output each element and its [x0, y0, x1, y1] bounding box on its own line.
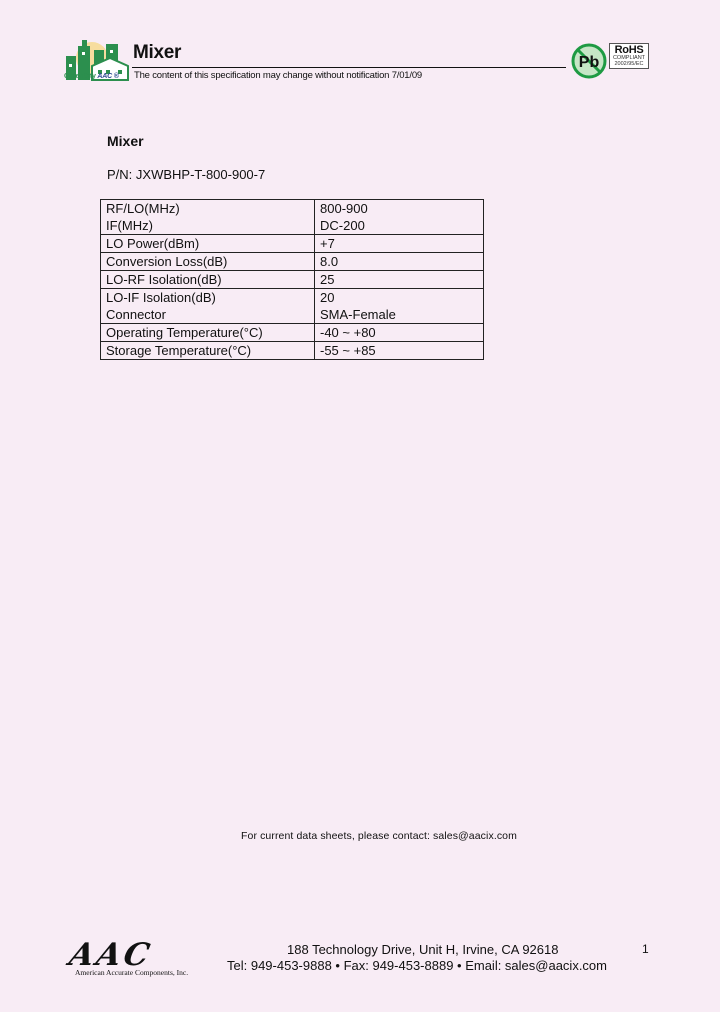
header-divider	[132, 67, 566, 68]
spec-value: 800-900	[320, 200, 478, 217]
spec-parameter-cell: LO-RF Isolation(dB)	[101, 271, 315, 289]
spec-value: 20	[320, 289, 478, 306]
table-row: LO-RF Isolation(dB)25	[101, 271, 484, 289]
logo-caption: GreenCity AAC ®	[64, 73, 119, 80]
change-notice: The content of this specification may ch…	[134, 70, 422, 81]
spec-parameter-cell: LO-IF Isolation(dB)Connector	[101, 289, 315, 324]
spec-value: +7	[320, 235, 478, 252]
spec-parameter-cell: Conversion Loss(dB)	[101, 253, 315, 271]
rohs-badge: RoHS COMPLIANT 2002/95/EC	[609, 43, 649, 69]
section-title: Mixer	[107, 133, 144, 149]
spec-parameter-cell: Storage Temperature(°C)	[101, 342, 315, 360]
spec-parameter: LO-IF Isolation(dB)	[106, 289, 309, 306]
table-row: Operating Temperature(°C)-40 ~ +80	[101, 324, 484, 342]
spec-parameter: Operating Temperature(°C)	[106, 324, 309, 341]
greencity-logo-icon	[62, 36, 132, 88]
spec-value-cell: -55 ~ +85	[315, 342, 484, 360]
company-name: American Accurate Components, Inc.	[75, 968, 188, 977]
part-number: P/N: JXWBHP-T-800-900-7	[107, 167, 265, 182]
spec-parameter-cell: RF/LO(MHz)IF(MHz)	[101, 200, 315, 235]
spec-parameter-cell: LO Power(dBm)	[101, 235, 315, 253]
spec-value: 25	[320, 271, 478, 288]
spec-value-cell: 25	[315, 271, 484, 289]
spec-value: DC-200	[320, 217, 478, 234]
spec-parameter: LO Power(dBm)	[106, 235, 309, 252]
spec-parameter: IF(MHz)	[106, 217, 309, 234]
spec-parameter: Storage Temperature(°C)	[106, 342, 309, 359]
spec-value: 8.0	[320, 253, 478, 270]
spec-table: RF/LO(MHz)IF(MHz)800-900DC-200LO Power(d…	[100, 199, 484, 360]
table-row: Conversion Loss(dB)8.0	[101, 253, 484, 271]
spec-value: -55 ~ +85	[320, 342, 478, 359]
spec-parameter: LO-RF Isolation(dB)	[106, 271, 309, 288]
spec-parameter: Connector	[106, 306, 309, 323]
document-title: Mixer	[133, 42, 181, 64]
spec-value-cell: +7	[315, 235, 484, 253]
spec-parameter: RF/LO(MHz)	[106, 200, 309, 217]
spec-value: -40 ~ +80	[320, 324, 478, 341]
spec-value: SMA-Female	[320, 306, 478, 323]
svg-text:Pb: Pb	[579, 54, 600, 71]
spec-value-cell: 800-900DC-200	[315, 200, 484, 235]
table-row: Storage Temperature(°C)-55 ~ +85	[101, 342, 484, 360]
rohs-directive: 2002/95/EC	[610, 62, 648, 68]
spec-value-cell: -40 ~ +80	[315, 324, 484, 342]
page-number: 1	[642, 942, 649, 956]
table-row: LO Power(dBm)+7	[101, 235, 484, 253]
company-address: 188 Technology Drive, Unit H, Irvine, CA…	[287, 942, 558, 957]
lead-free-pb-icon: Pb	[571, 43, 607, 79]
spec-value-cell: 8.0	[315, 253, 484, 271]
spec-parameter-cell: Operating Temperature(°C)	[101, 324, 315, 342]
company-contact-line: Tel: 949-453-9888 • Fax: 949-453-8889 • …	[227, 958, 607, 973]
table-row: RF/LO(MHz)IF(MHz)800-900DC-200	[101, 200, 484, 235]
contact-note: For current data sheets, please contact:…	[241, 830, 517, 842]
table-row: LO-IF Isolation(dB)Connector20SMA-Female	[101, 289, 484, 324]
spec-parameter: Conversion Loss(dB)	[106, 253, 309, 270]
spec-value-cell: 20SMA-Female	[315, 289, 484, 324]
